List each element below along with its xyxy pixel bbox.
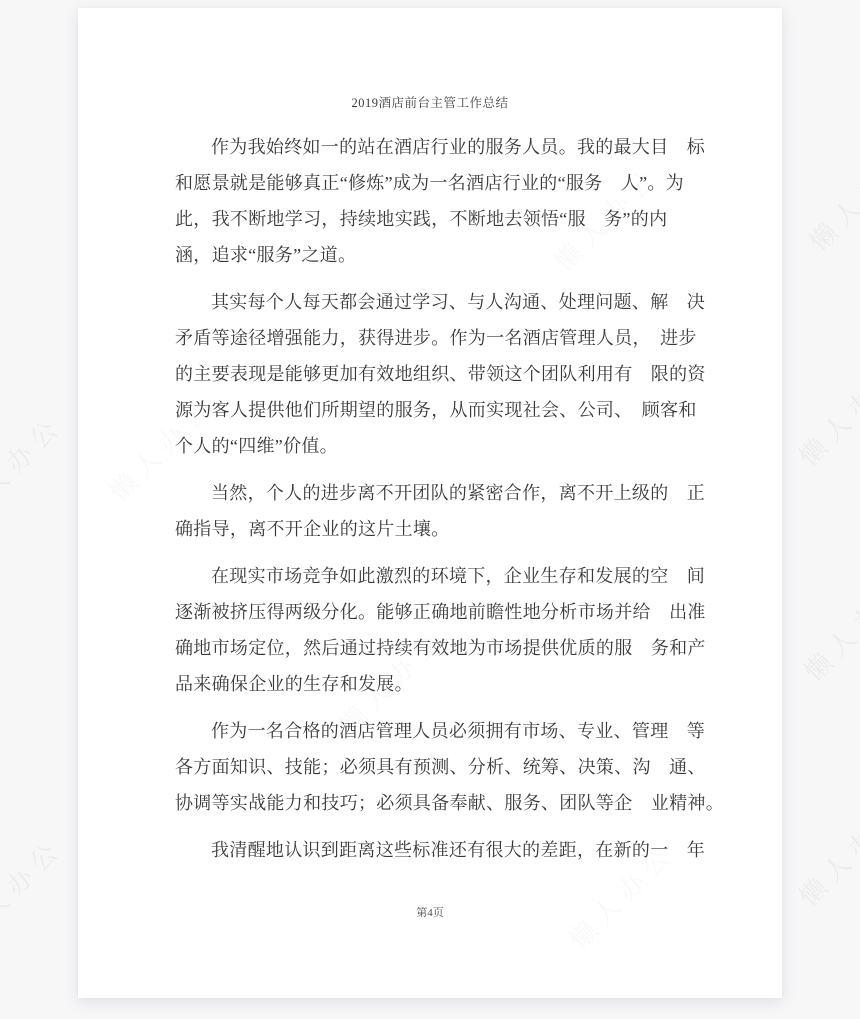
paragraph-2: 其实每个人每天都会通过学习、与人沟通、处理问题、解 决 矛盾等途径增强能力，获得…	[175, 284, 686, 464]
document-page: 2019酒店前台主管工作总结 作为我始终如一的站在酒店行业的服务人员。我的最大目…	[78, 8, 782, 998]
paragraph-5: 作为一名合格的酒店管理人员必须拥有市场、专业、管理 等 各方面知识、技能；必须具…	[175, 713, 686, 821]
paragraph-3: 当然，个人的进步离不开团队的紧密合作，离不开上级的 正 确指导，离不开企业的这片…	[175, 475, 686, 547]
paragraph-4: 在现实市场竞争如此激烈的环境下，企业生存和发展的空 间 逐渐被挤压得两级分化。能…	[175, 558, 686, 702]
watermark-text: 懒人办公	[800, 136, 860, 258]
page-number: 第4页	[78, 904, 782, 920]
paragraph-6: 我清醒地认识到距离这些标准还有很大的差距，在新的一 年	[175, 832, 686, 868]
watermark-text: 懒人办公	[795, 566, 860, 688]
watermark-text: 懒人办公	[0, 406, 70, 528]
watermark-text: 懒人办公	[790, 791, 860, 913]
document-body: 作为我始终如一的站在酒店行业的服务人员。我的最大目 标 和愿景就是能够真正“修炼…	[175, 129, 686, 879]
watermark-text: 懒人办公	[790, 351, 860, 473]
app-background: 2019酒店前台主管工作总结 作为我始终如一的站在酒店行业的服务人员。我的最大目…	[0, 0, 860, 1019]
watermark-text: 懒人办公	[0, 829, 70, 951]
document-title: 2019酒店前台主管工作总结	[78, 93, 782, 111]
paragraph-1: 作为我始终如一的站在酒店行业的服务人员。我的最大目 标 和愿景就是能够真正“修炼…	[175, 129, 686, 273]
